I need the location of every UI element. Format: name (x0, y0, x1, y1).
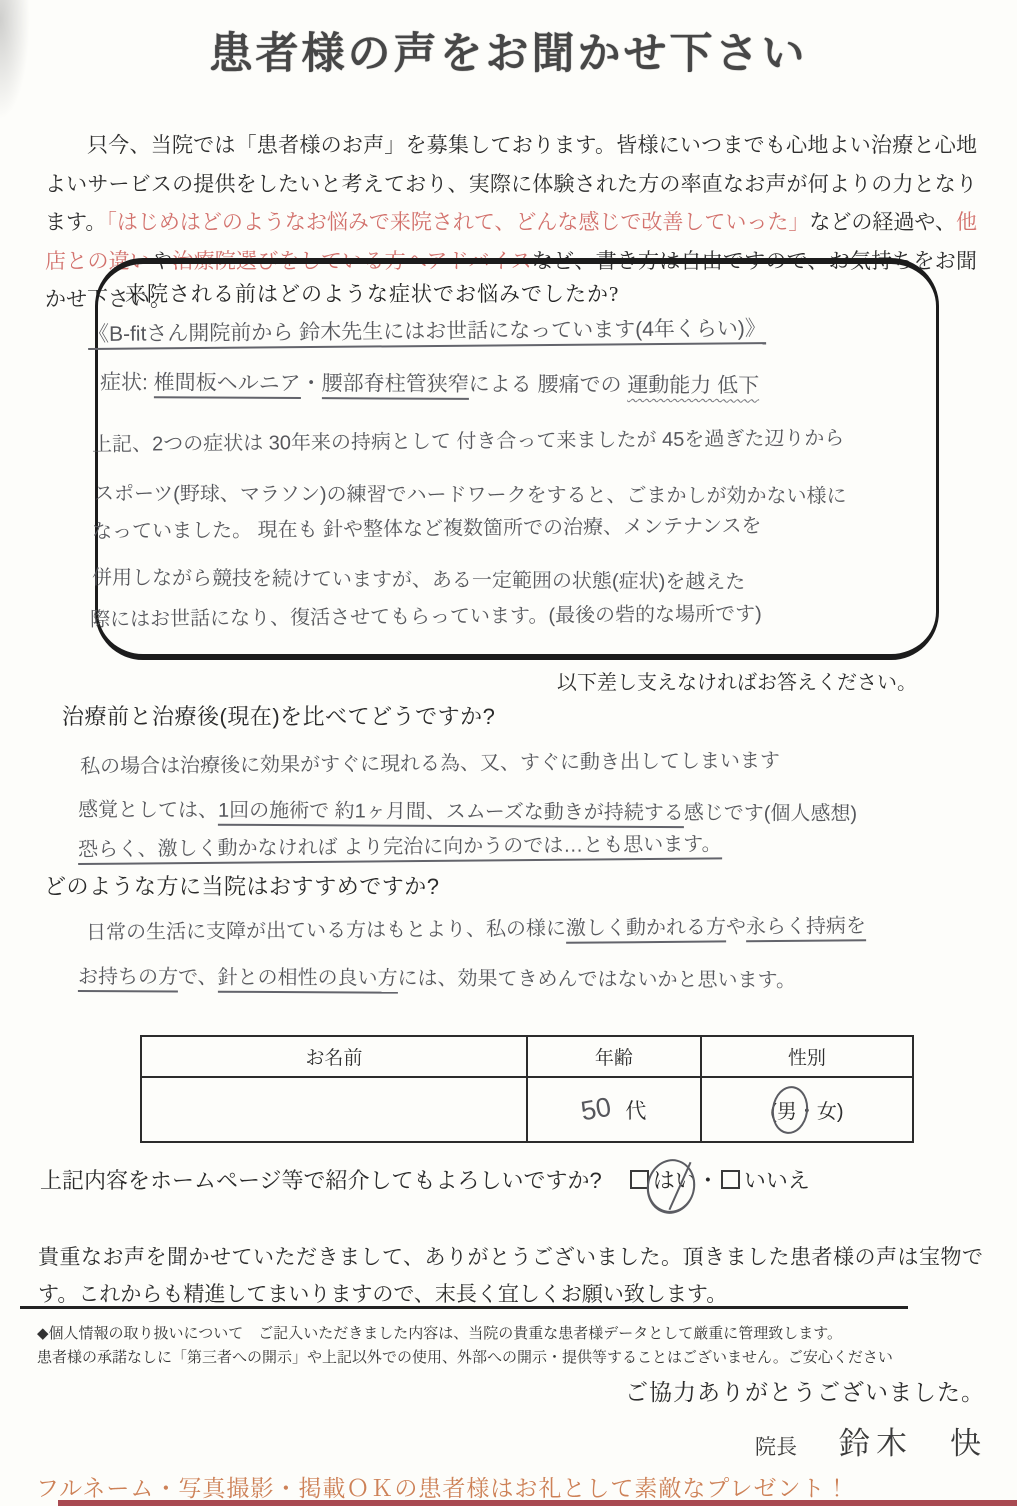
handwritten-answer1-line7: 際にはお世話になり、復活させてもらっています。(最後の砦的な場所です) (90, 597, 762, 632)
thanks-paragraph: 貴重なお声を聞かせていただきまして、ありがとうございました。頂きました患者様の声… (38, 1239, 983, 1313)
handwritten-answer2-line3: 恐らく、激しく動かなければ より完治に向かうのでは…とも思います。 (78, 827, 722, 862)
question1-label: 来院される前はどのような症状でお悩みでしたか? (125, 278, 619, 308)
no-checkbox-icon (721, 1170, 740, 1189)
age-cell: 50代 (527, 1077, 701, 1142)
intro-text: などの経過や、 (809, 211, 956, 234)
gender-male-label: 男 (777, 1101, 797, 1123)
privacy-notice: ◆個人情報の取り扱いについて ご記入いただきました内容は、当院の貴重な患者様デー… (37, 1322, 957, 1369)
handwritten-answer1-line2: 症状: 椎間板ヘルニア・腰部脊柱管狭窄による 腰痛での 運動能力 低下 (100, 366, 759, 399)
table-data-row: 50代 (男・女) (141, 1077, 913, 1142)
scanned-feedback-form: 患者様の声をお聞かせ下さい 只今、当院では「患者様のお声」を募集しております。皆… (0, 0, 1017, 1506)
handwritten-answer2-line2: 感覚としては、1回の施術で 約1ヶ月間、スムーズな動きが持続する感じです(個人感… (78, 793, 857, 826)
handwritten-answer2-line1: 私の場合は治療後に効果がすぐに現れる為、又、すぐに動き出してしまいます (80, 744, 780, 779)
director-signature: 院長 鈴木 快 (755, 1418, 987, 1463)
yes-option-wrap: はい (653, 1164, 697, 1195)
handwritten-age: 50 (579, 1092, 614, 1128)
consent-line: 上記内容をホームページ等で紹介してもよろしいですか?はい・いいえ (40, 1164, 810, 1195)
patient-info-table: お名前 年齢 性別 50代 (男・女) (140, 1035, 914, 1143)
privacy-line1: ◆個人情報の取り扱いについて ご記入いただきました内容は、当院の貴重な患者様デー… (37, 1322, 957, 1346)
question3-label: どのような方に当院はおすすめですか? (44, 870, 439, 901)
age-unit-label: 代 (625, 1100, 646, 1123)
header-age: 年齢 (527, 1036, 701, 1077)
gender-cell: (男・女) (701, 1077, 913, 1142)
signature-role: 院長 (755, 1431, 797, 1461)
separator-rule (20, 1306, 908, 1309)
closing-thanks: ご協力ありがとうございました。 (625, 1374, 985, 1407)
header-gender: 性別 (701, 1036, 913, 1077)
optional-note: 以下差し支えなければお答えください。 (557, 666, 917, 695)
privacy-line2: 患者様の承諾なしに「第三者への開示」や上記以外での使用、外部への開示・提供等する… (37, 1346, 957, 1370)
gender-male-wrap: 男 (777, 1095, 797, 1124)
intro-highlight-1: 「はじめはどのようなお悩みで来院されて、どんな感じで改善していった」 (106, 211, 809, 234)
scan-edge-strip (58, 1500, 1017, 1506)
handwritten-answer1-line6: 併用しながら競技を続けていますが、ある一定範囲の状態(症状)を越えた (92, 561, 746, 595)
table-header-row: お名前 年齢 性別 (141, 1036, 913, 1077)
handwritten-answer1-line1: 《B-fitさん開院前から 鈴木先生にはお世話になっています(4年くらい)》 (88, 312, 766, 348)
signature-name: 鈴木 快 (839, 1418, 987, 1463)
name-cell (141, 1077, 527, 1142)
question2-label: 治療前と治療後(現在)を比べてどうですか? (62, 700, 495, 731)
handwritten-answer1-line5: なっていました。 現在も 針や整体など複数箇所での治療、メンテナンスを (92, 509, 762, 544)
header-name: お名前 (141, 1036, 527, 1077)
yes-checkbox-icon (630, 1170, 649, 1189)
consent-question: 上記内容をホームページ等で紹介してもよろしいですか? (40, 1168, 602, 1193)
no-option-label: いいえ (744, 1168, 810, 1193)
yes-option-label: はい (653, 1168, 697, 1193)
handwritten-answer3-line1: 日常の生活に支障が出ている方はもとより、私の様に激しく動かれる方や永らく持病を (86, 909, 866, 945)
handwritten-answer3-line2: お持ちの方で、針との相性の良い方には、効果てきめんではないかと思います。 (78, 960, 796, 993)
page-title: 患者様の声をお聞かせ下さい (0, 20, 1017, 81)
handwritten-answer1-line4: スポーツ(野球、マラソン)の練習でハードワークをすると、ごまかしが効かない様に (94, 477, 847, 509)
